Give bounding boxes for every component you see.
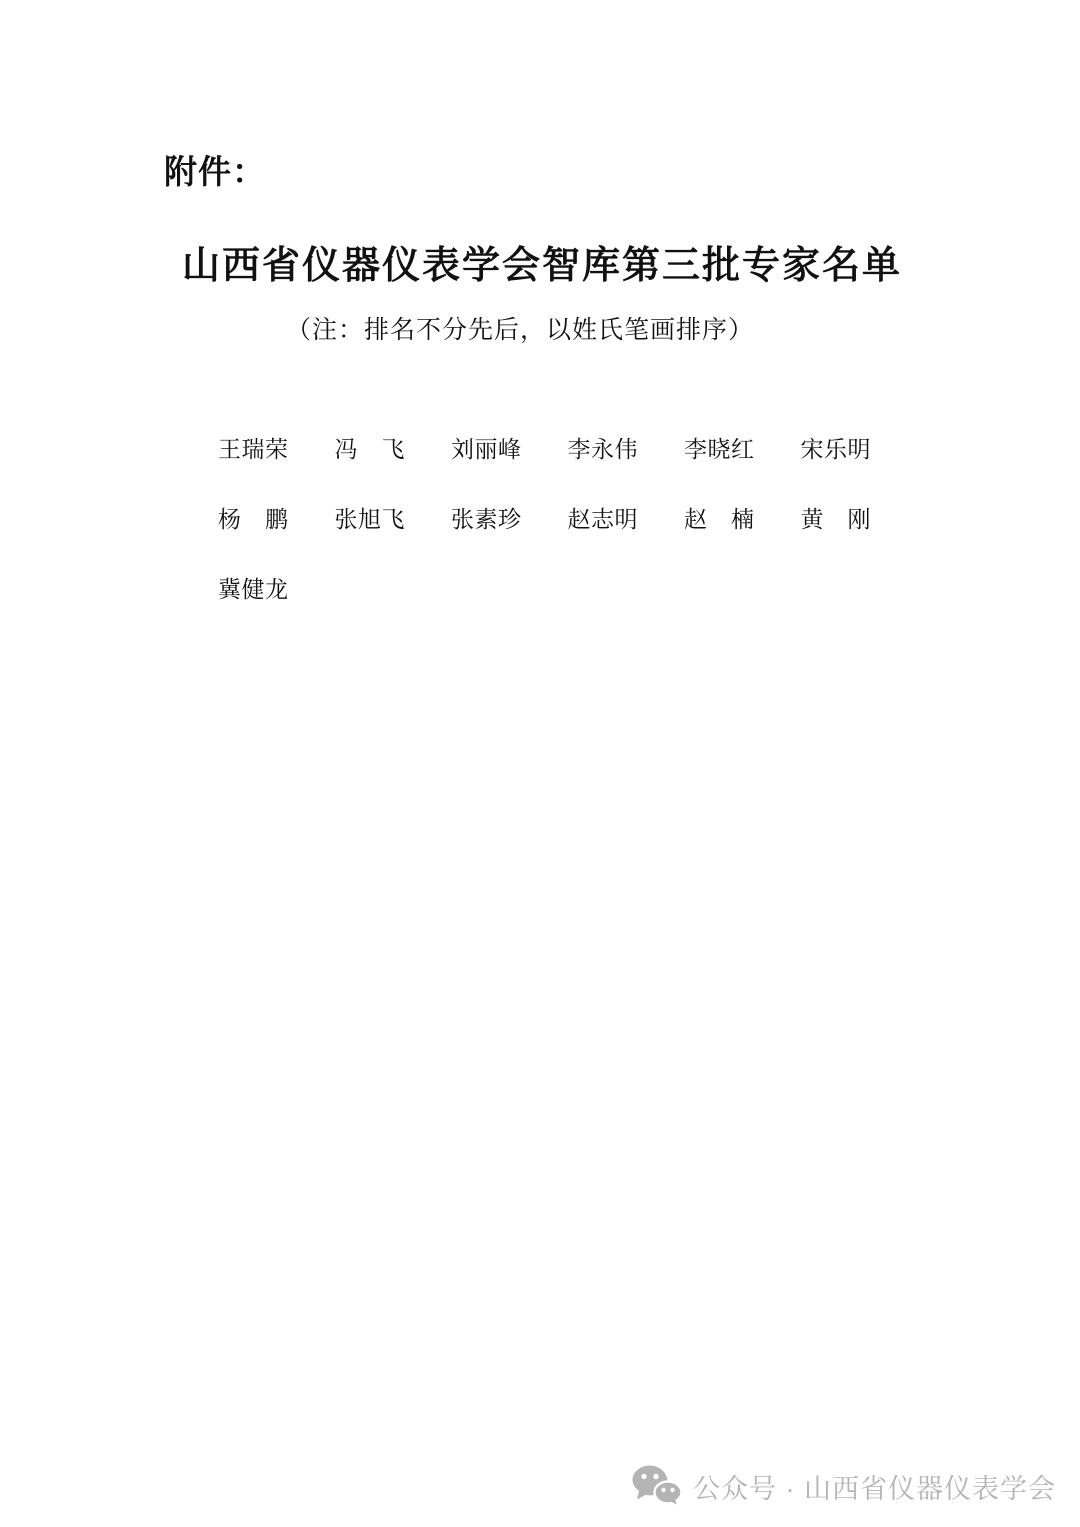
expert-name: 刘丽峰: [451, 431, 522, 464]
expert-name-list: 王瑞荣 冯 飞 刘丽峰 李永伟 李晓红 宋乐明 杨 鹏 张旭飞 张素珍 赵志明 …: [218, 412, 918, 622]
expert-name: 冀健龙: [218, 571, 289, 604]
sorting-note: （注：排名不分先后，以姓氏笔画排序）: [286, 310, 754, 346]
expert-name: 王瑞荣: [218, 431, 289, 464]
expert-name: 赵志明: [568, 501, 639, 534]
wechat-account-label: 公众号 · 山西省仪器仪表学会: [693, 1467, 1056, 1506]
expert-name-row: 冀健龙: [218, 552, 918, 622]
attachment-label: 附件：: [164, 146, 266, 193]
expert-name: 宋乐明: [801, 431, 872, 464]
wechat-footer: 公众号 · 山西省仪器仪表学会: [631, 1461, 1056, 1511]
page-title: 山西省仪器仪表学会智库第三批专家名单: [182, 234, 902, 289]
expert-name: 李永伟: [568, 431, 639, 464]
wechat-logo-icon: [631, 1464, 683, 1508]
expert-name-row: 王瑞荣 冯 飞 刘丽峰 李永伟 李晓红 宋乐明: [218, 412, 918, 482]
expert-name: 黄 刚: [801, 501, 872, 534]
expert-name: 冯 飞: [335, 431, 406, 464]
expert-name: 张素珍: [451, 501, 522, 534]
expert-name: 张旭飞: [335, 501, 406, 534]
expert-name: 杨 鹏: [218, 501, 289, 534]
expert-name: 赵 楠: [684, 501, 755, 534]
document-page: 附件： 山西省仪器仪表学会智库第三批专家名单 （注：排名不分先后，以姓氏笔画排序…: [0, 0, 1080, 1527]
expert-name: 李晓红: [684, 431, 755, 464]
expert-name-row: 杨 鹏 张旭飞 张素珍 赵志明 赵 楠 黄 刚: [218, 482, 918, 552]
